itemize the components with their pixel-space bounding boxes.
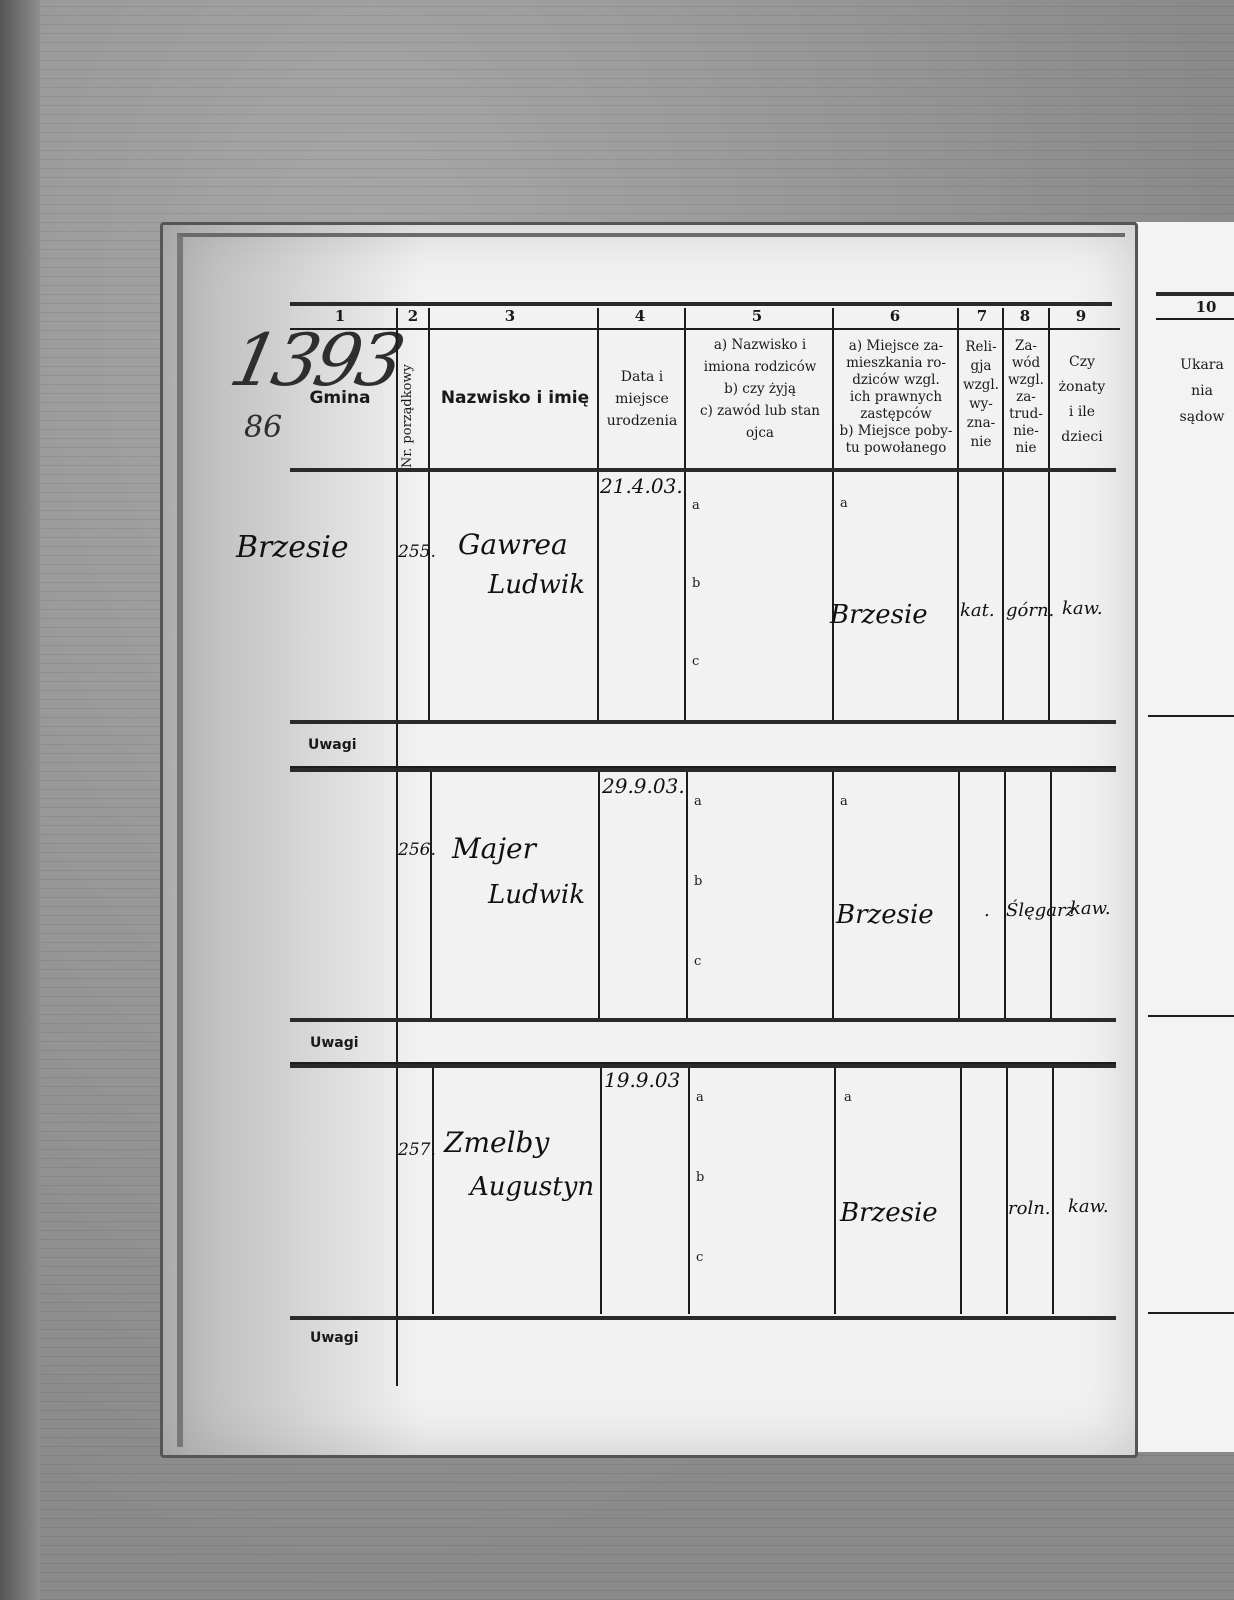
row-divider [428,472,430,720]
divider-col8 [1048,308,1050,468]
row-divider [432,1068,434,1314]
marital-value: kaw. [1070,898,1111,919]
residence-value: Brzesie [840,1198,938,1228]
gmina-value: Brzesie [236,530,349,565]
sub-label-c: c [692,654,699,669]
column-number-6: 6 [880,307,910,325]
header-rule [1156,318,1234,320]
remarks-label: Uwagi [308,737,357,753]
nr-value: 256. [398,840,436,860]
surname-value: Zmelby [444,1126,549,1159]
remarks-label: Uwagi [310,1035,359,1051]
remarks-top-rule [290,1316,1116,1320]
row-top-rule [290,1064,1116,1068]
sub-label-a: a [696,1090,704,1105]
birth-date-value: 29.9.03. [602,774,685,798]
given-name-value: Ludwik [488,880,585,910]
adjacent-page: 10 Ukara nia sądow [1128,222,1234,1452]
birth-date-value: 19.9.03 [604,1068,680,1092]
scan-edge-shadow [0,0,40,1600]
divider-col4 [684,308,686,468]
column-number-3: 3 [495,307,525,325]
remarks-label: Uwagi [310,1330,359,1346]
column-number-8: 8 [1010,307,1040,325]
row-divider [597,472,599,720]
sub-label-c: c [694,954,701,969]
remarks-top-rule [290,720,1116,724]
column-number-7: 7 [967,307,997,325]
occupation-value: górn. [1006,600,1054,621]
row-divider [1052,1068,1054,1314]
row-divider [1006,1068,1008,1314]
row-top-rule [290,768,1116,772]
occupation-value: Ślęgarz [1006,900,1075,921]
nr-value: 257. [398,1140,436,1160]
divider-col7 [1002,308,1004,468]
column-header-religion: Reli- gja wzgl. wy- zna- nie [959,338,1003,452]
column-header-residence: a) Miejsce za- mieszkania ro- dziców wzg… [834,338,958,457]
surname-value: Gawrea [458,528,568,561]
column-number-10: 10 [1186,298,1226,316]
row-divider [1048,472,1050,720]
row-divider [1002,472,1004,720]
row-divider [1050,772,1052,1018]
occupation-value: roln. [1008,1198,1051,1219]
column-number-9: 9 [1066,307,1096,325]
column-number-4: 4 [625,307,655,325]
column-header-10: Ukara nia sądow [1162,352,1234,430]
column-number-rule [290,328,1120,330]
column-header-parents: a) Nazwisko i imiona rodziców b) czy żyj… [686,334,834,444]
row-rule [1148,1312,1234,1314]
sub-label-b: b [694,874,702,889]
sub-label-b: b [692,576,700,591]
given-name-value: Ludwik [488,570,585,600]
marital-value: kaw. [1062,598,1103,619]
row-divider [686,772,688,1018]
remarks-top-rule [290,1018,1116,1022]
sub-label-a: a [840,496,848,511]
divider-col2 [428,308,430,468]
surname-value: Majer [452,832,536,865]
row-divider [832,772,834,1018]
sub-label-c: c [696,1250,703,1265]
sub-label-b: b [696,1170,704,1185]
sub-label-a: a [840,794,848,809]
row-rule [1148,715,1234,717]
divider-col3 [597,308,599,468]
row-divider [834,1068,836,1314]
column-header-name: Nazwisko i imię [432,390,598,406]
row-divider [600,1068,602,1314]
row-divider [960,1068,962,1314]
nr-value: 255. [398,542,436,562]
sub-label-a: a [694,794,702,809]
column-header-gmina: Gmina [300,390,380,406]
column-number-2: 2 [398,307,428,325]
header-top-rule [290,302,1112,306]
residence-value: Brzesie [830,600,928,630]
row-divider [1004,772,1006,1018]
column-header-birth: Data i miejsce urodzenia [600,366,684,432]
column-number-1: 1 [320,307,360,325]
row-divider [598,772,600,1018]
residence-value: Brzesie [836,900,934,930]
divider-col6 [957,308,959,468]
religion-value: kat. [960,600,995,621]
birth-date-value: 21.4.03. [600,474,683,498]
column-number-5: 5 [742,307,772,325]
sub-label-a: a [844,1090,852,1105]
row-divider [958,772,960,1018]
row-rule [1148,1015,1234,1017]
religion-value: . [984,900,990,921]
header-rule [1156,292,1234,296]
column-header-occupation: Za- wód wzgl. za- trud- nie- nie [1004,338,1048,457]
column-header-nr: Nr. porządkowy [400,364,415,468]
row-divider [832,472,834,720]
marital-value: kaw. [1068,1196,1109,1217]
row-divider [688,1068,690,1314]
row-divider [430,772,432,1018]
archive-subnumber: 86 [244,410,282,445]
column-header-marital: Czy żonaty i ile dzieci [1050,350,1114,450]
row-divider [684,472,686,720]
sub-label-a: a [692,498,700,513]
given-name-value: Augustyn [470,1172,594,1202]
divider-col5 [832,308,834,468]
row-divider [957,472,959,720]
header-bottom-rule [290,468,1116,472]
